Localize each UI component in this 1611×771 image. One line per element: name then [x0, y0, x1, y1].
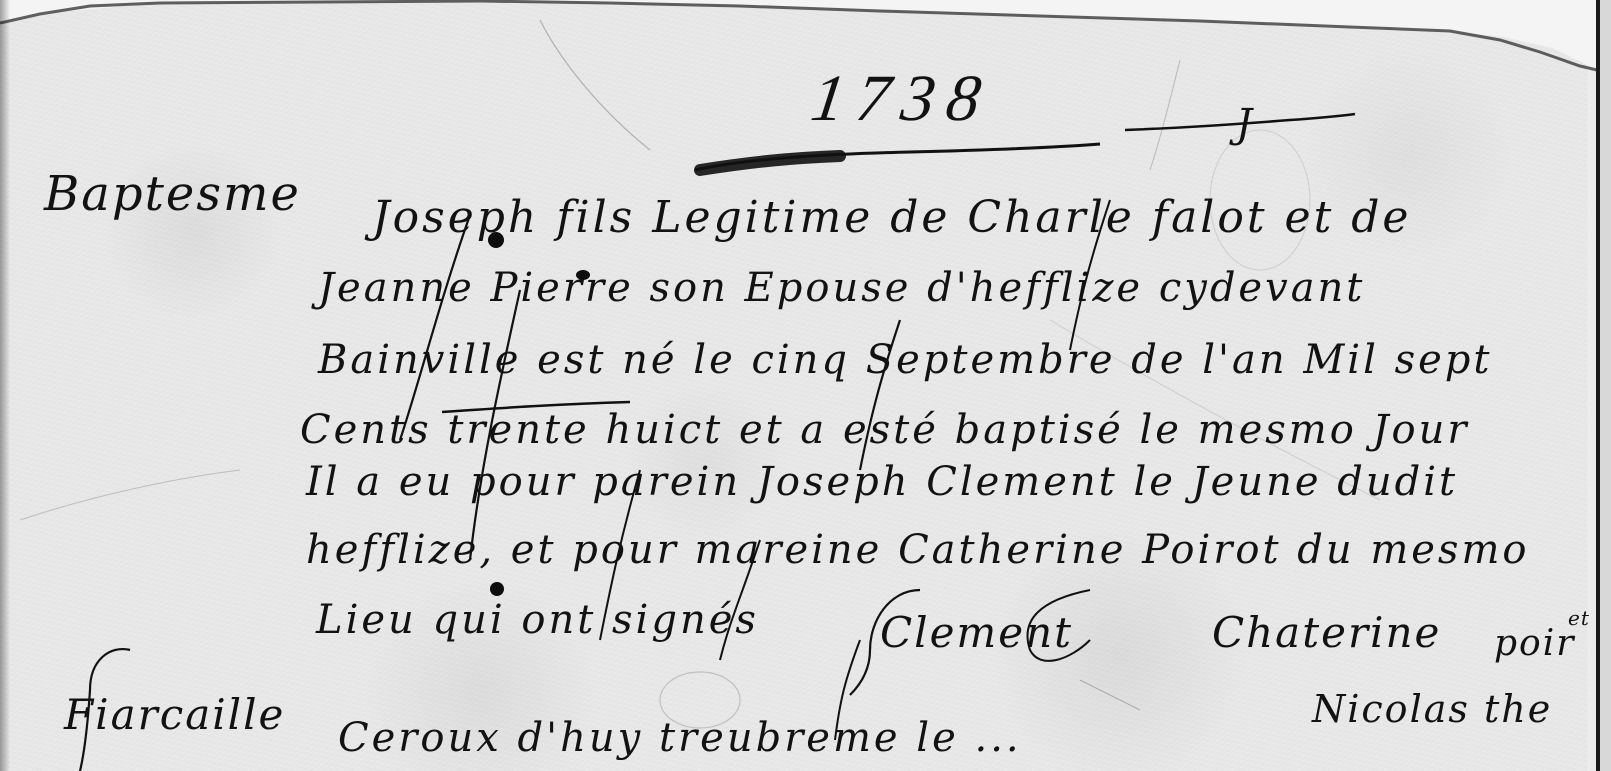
ink-blot: [488, 232, 504, 248]
record-line-3: Bainville est né le cinq Septembre de l'…: [318, 340, 1492, 380]
page-left-shadow: [0, 0, 10, 771]
record-line-4: Cents trente huict et a esté baptisé le …: [300, 410, 1470, 450]
next-record-partial-line: Ceroux d'huy treubreme le ...: [338, 718, 1022, 758]
header-mark: J: [1236, 104, 1253, 144]
ink-blot: [490, 582, 504, 596]
ink-blot: [576, 270, 590, 280]
margin-heading-baptesme: Baptesme: [44, 170, 301, 218]
right-margin: [1600, 0, 1611, 771]
signature-priest: Nicolas the: [1312, 690, 1552, 728]
signature-godmother-surname: poir: [1494, 626, 1575, 662]
signature-godfather: Clement: [880, 612, 1073, 654]
signature-godmother: Chaterine: [1212, 612, 1441, 654]
record-line-5: Il a eu pour parein Joseph Clement le Je…: [306, 462, 1458, 502]
record-line-6: hefflize, et pour mareine Catherine Poir…: [306, 530, 1529, 570]
record-line-2: Jeanne Pierre son Epouse d'hefflize cyde…: [318, 268, 1365, 308]
scanned-register-page: 1738 J Baptesme Joseph fils Legitime de …: [0, 0, 1611, 771]
record-line-1: Joseph fils Legitime de Charle falot et …: [372, 196, 1411, 240]
record-line-7: Lieu qui ont signés: [316, 600, 759, 640]
next-record-margin-heading: Fiarcaille: [64, 694, 285, 736]
year-heading: 1738: [807, 66, 996, 132]
